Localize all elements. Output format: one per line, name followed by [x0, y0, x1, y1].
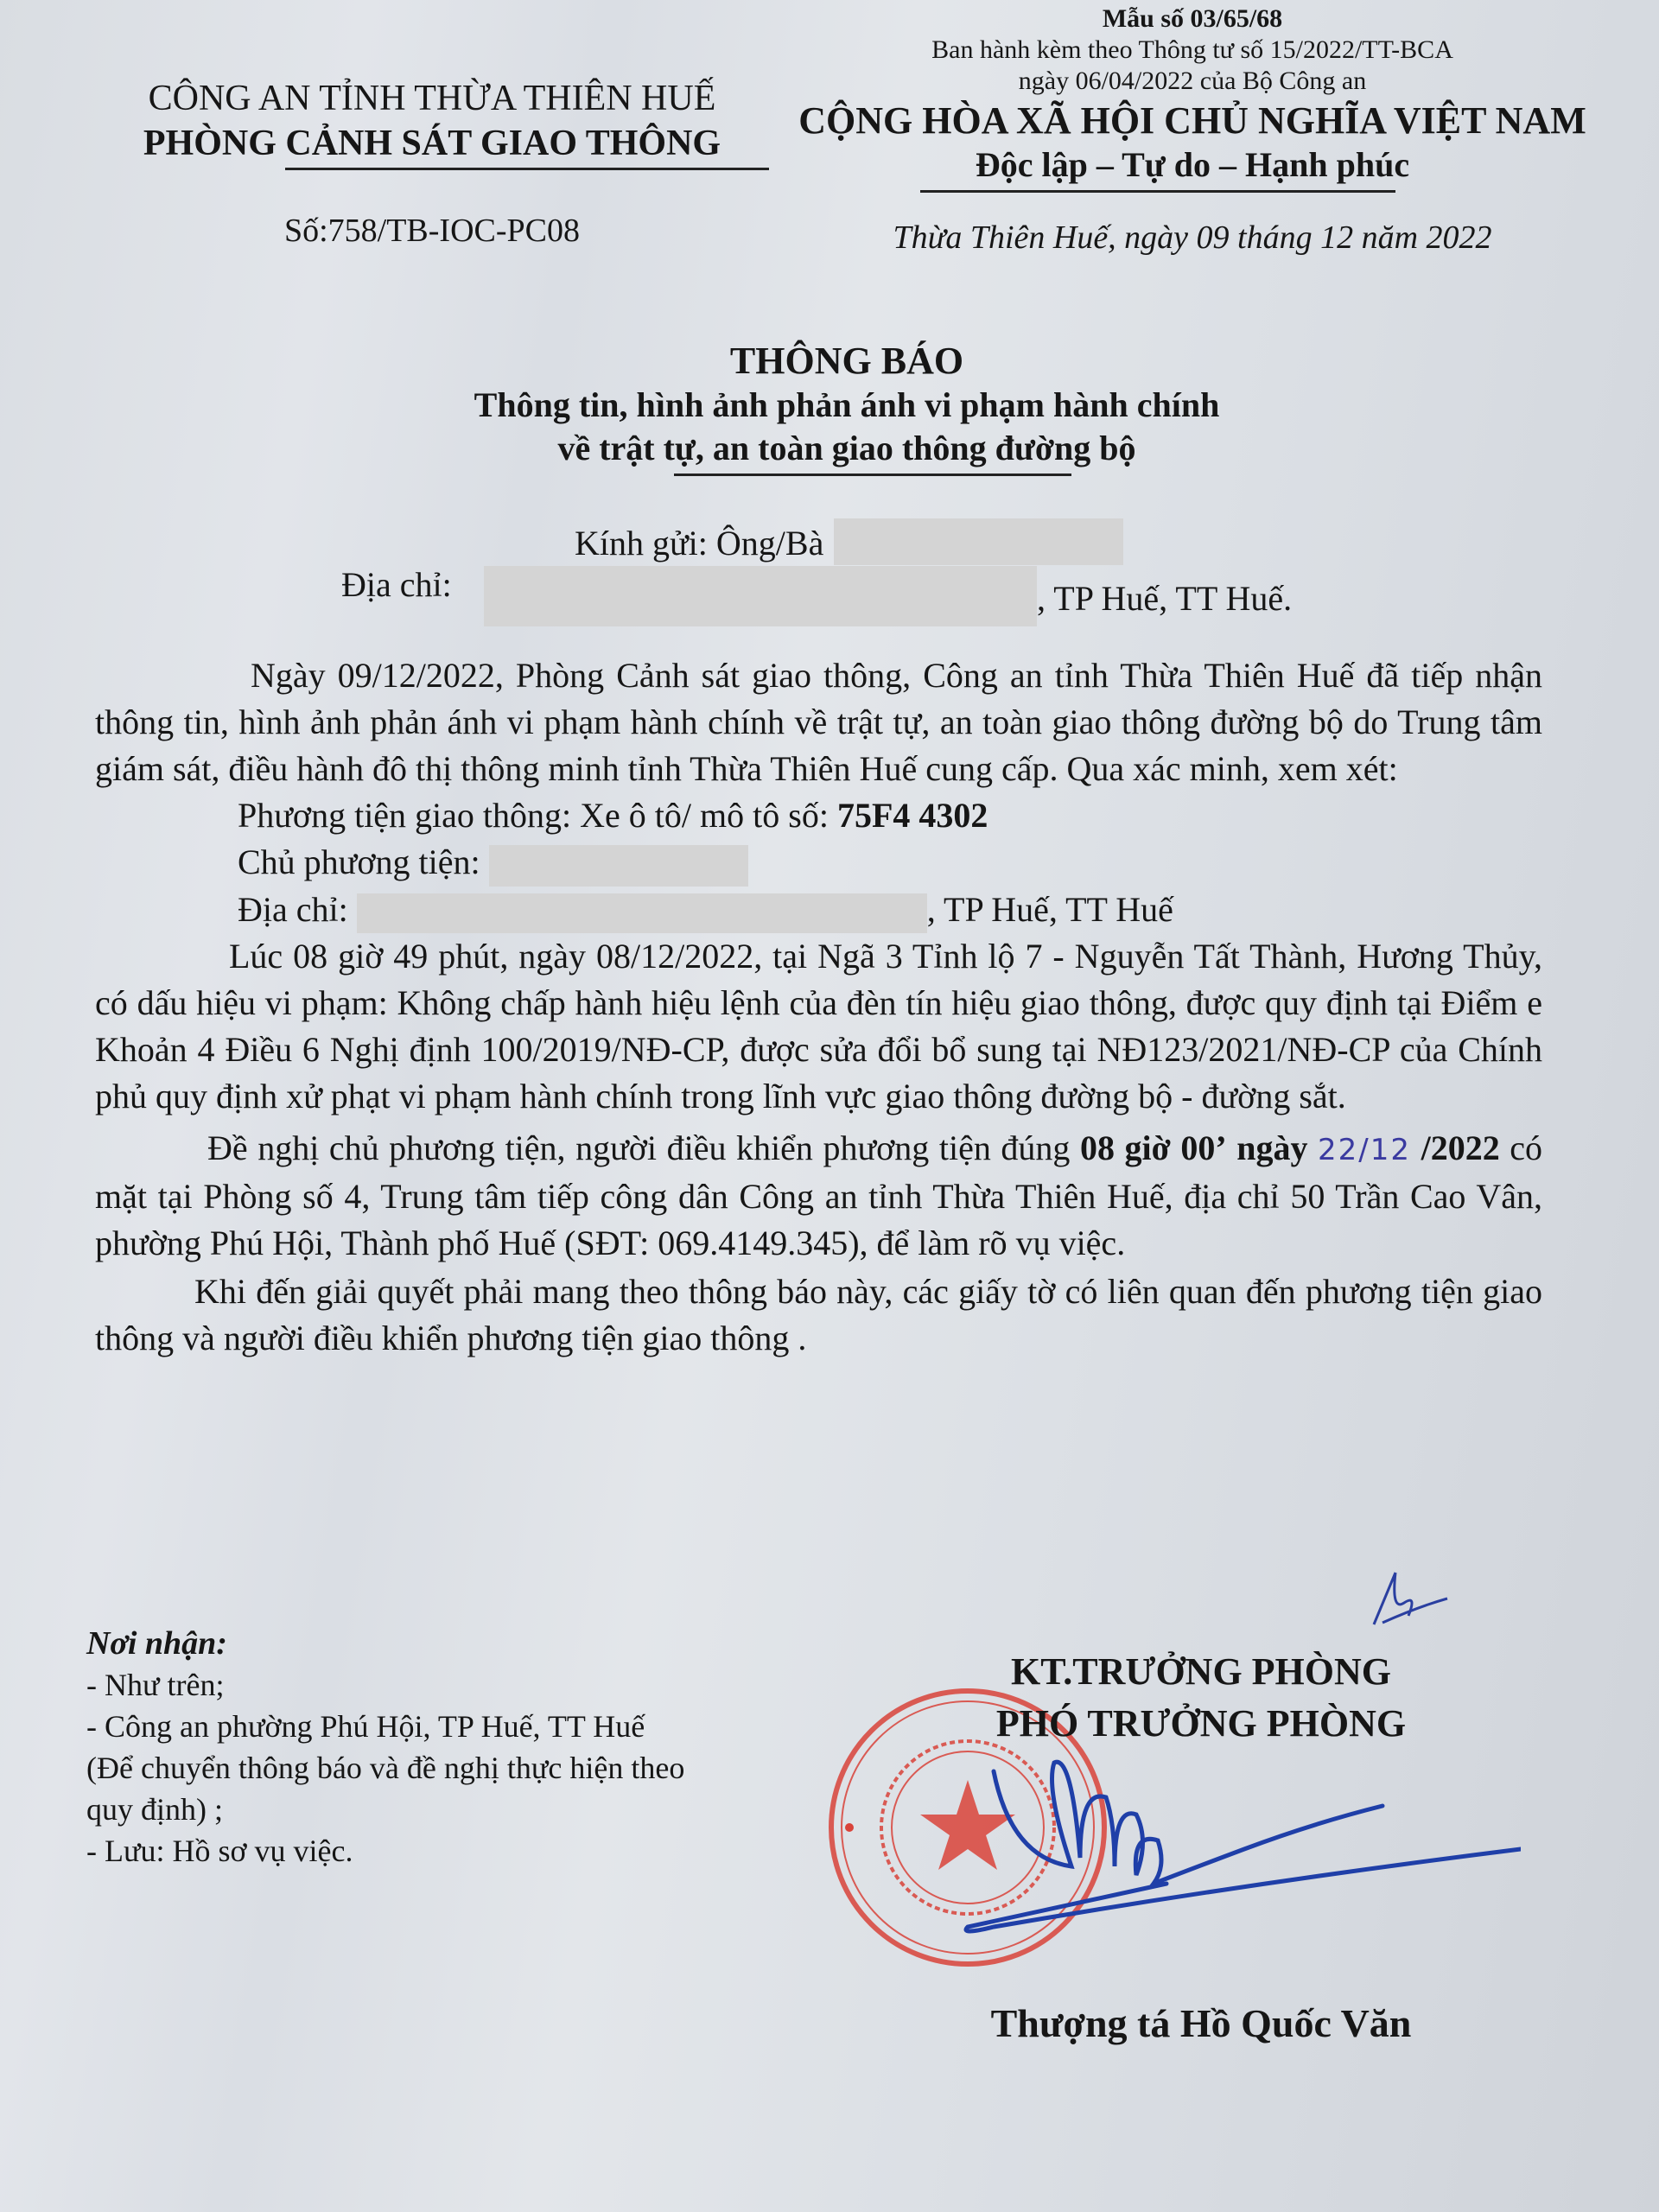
handwritten-date: 22/12: [1318, 1133, 1411, 1167]
paragraph-violation: Lúc 08 giờ 49 phút, ngày 08/12/2022, tại…: [95, 933, 1542, 1120]
notice-subtitle-2: về trật tự, an toàn giao thông đường bộ: [311, 427, 1382, 470]
document-number: Số:758/TB-IOC-PC08: [121, 212, 743, 250]
issued-with-circular: Ban hành kèm theo Thông tư số 15/2022/TT…: [760, 35, 1624, 66]
vehicle-label: Phương tiện giao thông: Xe ô tô/ mô tô s…: [238, 796, 837, 835]
redacted-address: [484, 566, 1037, 626]
national-header-block: Mẫu số 03/65/68 Ban hành kèm theo Thông …: [760, 3, 1624, 257]
notice-body: Ngày 09/12/2022, Phòng Cảnh sát giao thô…: [95, 652, 1542, 1362]
department-underline: [285, 168, 769, 170]
notice-title-block: THÔNG BÁO Thông tin, hình ảnh phản ánh v…: [311, 339, 1382, 476]
department-name: PHÒNG CẢNH SÁT GIAO THÔNG: [121, 121, 743, 166]
notice-subtitle-1: Thông tin, hình ảnh phản ánh vi phạm hàn…: [311, 384, 1382, 427]
signature-title-2: PHÓ TRƯỞNG PHÒNG: [899, 1698, 1503, 1750]
handwritten-signature-icon: [899, 1754, 1521, 1944]
recipients-block: Nơi nhận: - Như trên; - Công an phường P…: [86, 1623, 778, 1872]
violation-text: Lúc 08 giờ 49 phút, ngày 08/12/2022, tại…: [95, 937, 1542, 1116]
paragraph-request: Đề nghị chủ phương tiện, người điều khiể…: [95, 1125, 1542, 1267]
motto-underline: [920, 190, 1395, 193]
signer-name: Thượng tá Hồ Quốc Văn: [899, 2000, 1503, 2046]
national-motto: Độc lập – Tự do – Hạnh phúc: [760, 143, 1624, 187]
vehicle-line: Phương tiện giao thông: Xe ô tô/ mô tô s…: [95, 792, 1542, 839]
address-suffix: , TP Huế, TT Huế.: [1037, 575, 1292, 622]
vehicle-plate: 75F4 4302: [837, 796, 988, 835]
owner-label: Chủ phương tiện:: [238, 842, 489, 881]
request-year: /2022: [1421, 1128, 1500, 1167]
form-number: Mẫu số 03/65/68: [760, 3, 1624, 35]
paragraph-received-info: Ngày 09/12/2022, Phòng Cảnh sát giao thô…: [95, 652, 1542, 792]
issued-date: ngày 06/04/2022 của Bộ Công an: [760, 66, 1624, 97]
redacted-owner-name: [489, 845, 748, 887]
recipients-heading: Nơi nhận:: [86, 1623, 778, 1664]
recipient-item: - Công an phường Phú Hội, TP Huế, TT Huế: [86, 1706, 778, 1747]
nation-title: CỘNG HÒA XÃ HỘI CHỦ NGHĨA VIỆT NAM: [760, 99, 1624, 143]
initials-icon: [1357, 1564, 1452, 1633]
owner-line: Chủ phương tiện:: [95, 839, 1542, 887]
owner-address-label: Địa chỉ:: [238, 890, 357, 929]
agency-name: CÔNG AN TỈNH THỪA THIÊN HUẾ: [121, 76, 743, 121]
signature-title-1: KT.TRƯỞNG PHÒNG: [899, 1646, 1503, 1698]
redacted-owner-address: [357, 893, 927, 933]
owner-address-line: Địa chỉ: , TP Huế, TT Huế: [95, 887, 1542, 933]
request-intro: Đề nghị chủ phương tiện, người điều khiể…: [207, 1128, 1080, 1167]
redacted-addressee-name: [834, 518, 1123, 565]
bring-documents-text: Khi đến giải quyết phải mang theo thông …: [95, 1272, 1542, 1357]
place-date: Thừa Thiên Huế, ngày 09 tháng 12 năm 202…: [760, 219, 1624, 257]
issuing-agency-block: CÔNG AN TỈNH THỪA THIÊN HUẾ PHÒNG CẢNH S…: [121, 76, 743, 250]
paragraph-bring-documents: Khi đến giải quyết phải mang theo thông …: [95, 1268, 1542, 1362]
request-day-label: ngày: [1236, 1128, 1307, 1167]
recipient-item: - Lưu: Hồ sơ vụ việc.: [86, 1830, 778, 1872]
subtitle-underline: [674, 474, 1071, 476]
address-label: Địa chỉ:: [341, 562, 452, 608]
addressee-label: Kính gửi: Ông/Bà: [575, 520, 823, 567]
notice-title: THÔNG BÁO: [311, 339, 1382, 384]
owner-address-suffix: , TP Huế, TT Huế: [927, 890, 1173, 929]
recipient-item: quy định) ;: [86, 1789, 778, 1830]
recipient-item: - Như trên;: [86, 1664, 778, 1706]
request-time: 08 giờ 00’: [1080, 1128, 1227, 1167]
recipient-item: (Để chuyển thông báo và đề nghị thực hiệ…: [86, 1747, 778, 1789]
